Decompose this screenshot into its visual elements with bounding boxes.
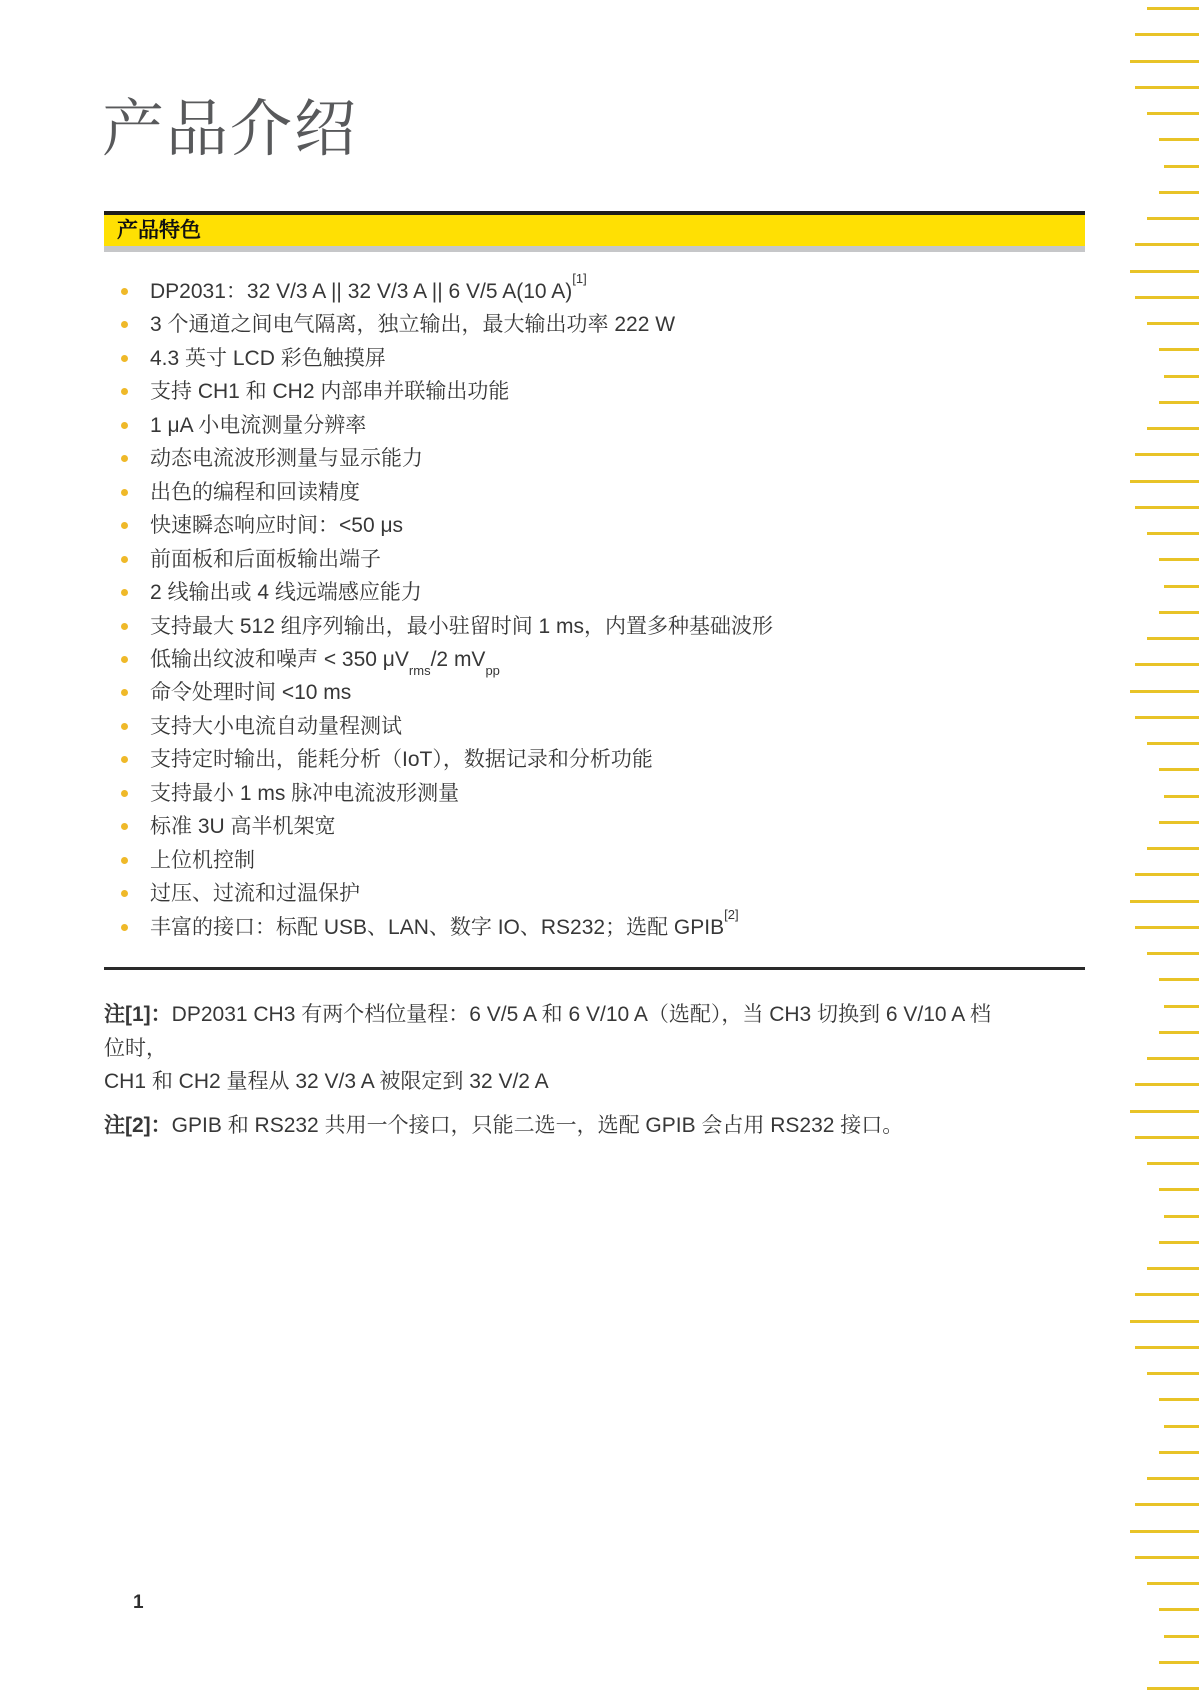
- feature-text-segment: 支持最小 1 ms 脉冲电流波形测量: [150, 782, 459, 805]
- feature-text: 前面板和后面板输出端子: [150, 548, 381, 571]
- feature-text-segment: 2 线输出或 4 线远端感应能力: [150, 581, 422, 604]
- decor-dash: [1135, 86, 1199, 89]
- decor-dash: [1159, 1661, 1199, 1664]
- decor-dash: [1159, 1608, 1199, 1611]
- bullet-icon: [121, 556, 128, 563]
- feature-text: 动态电流波形测量与显示能力: [150, 447, 423, 470]
- bullet-icon: [121, 656, 128, 663]
- bullet-icon: [121, 924, 128, 931]
- feature-text: 支持最大 512 组序列输出，最小驻留时间 1 ms，内置多种基础波形: [150, 615, 773, 638]
- feature-item: 2 线输出或 4 线远端感应能力: [104, 576, 1054, 609]
- decor-dash: [1147, 217, 1199, 220]
- decor-dash: [1135, 1503, 1199, 1506]
- decor-dash: [1159, 1398, 1199, 1401]
- decor-dash: [1164, 795, 1199, 798]
- feature-item: 快速瞬态响应时间：<50 μs: [104, 509, 1054, 542]
- decor-dash: [1130, 900, 1199, 903]
- feature-text: 支持最小 1 ms 脉冲电流波形测量: [150, 782, 459, 805]
- bullet-icon: [121, 355, 128, 362]
- feature-text-segment: 丰富的接口：标配 USB、LAN、数字 IO、RS232；选配 GPIB: [150, 916, 724, 939]
- decor-dash: [1164, 375, 1199, 378]
- note-label: 注[1]：: [104, 1003, 172, 1026]
- decor-dash: [1135, 1293, 1199, 1296]
- bullet-icon: [121, 723, 128, 730]
- decor-dash: [1159, 1241, 1199, 1244]
- decor-dash: [1147, 1162, 1199, 1165]
- note-text: DP2031 CH3 有两个档位量程：6 V/5 A 和 6 V/10 A（选配…: [104, 1003, 991, 1060]
- feature-text-segment: 1 μA 小电流测量分辨率: [150, 414, 366, 437]
- decor-dash: [1147, 1267, 1199, 1270]
- bullet-icon: [121, 857, 128, 864]
- feature-text: 3 个通道之间电气隔离，独立输出，最大输出功率 222 W: [150, 313, 675, 336]
- feature-item: 过压、过流和过温保护: [104, 877, 1054, 910]
- feature-item: 1 μA 小电流测量分辨率: [104, 409, 1054, 442]
- feature-text-segment: 4.3 英寸 LCD 彩色触摸屏: [150, 347, 386, 370]
- decor-dash: [1135, 296, 1199, 299]
- page-title: 产品介绍: [102, 96, 358, 164]
- feature-text-segment: 支持 CH1 和 CH2 内部串并联输出功能: [150, 380, 509, 403]
- feature-text-segment: /2 mV: [431, 648, 486, 671]
- decor-dash: [1135, 33, 1199, 36]
- decor-dash: [1147, 7, 1199, 10]
- feature-text-segment: 过压、过流和过温保护: [150, 882, 360, 905]
- bullet-icon: [121, 288, 128, 295]
- feature-item: 命令处理时间 <10 ms: [104, 676, 1054, 709]
- decor-dash: [1147, 1477, 1199, 1480]
- feature-text-segment: 3 个通道之间电气隔离，独立输出，最大输出功率 222 W: [150, 313, 675, 336]
- decor-dash: [1147, 1582, 1199, 1585]
- feature-item: 动态电流波形测量与显示能力: [104, 442, 1054, 475]
- decor-dash: [1130, 690, 1199, 693]
- feature-item: 3 个通道之间电气隔离，独立输出，最大输出功率 222 W: [104, 308, 1054, 341]
- feature-text-segment: 低输出纹波和噪声 < 350 μV: [150, 648, 409, 671]
- feature-item: 出色的编程和回读精度: [104, 476, 1054, 509]
- feature-text: 支持大小电流自动量程测试: [150, 715, 402, 738]
- decor-dash: [1164, 1425, 1199, 1428]
- feature-text-segment: [2]: [724, 907, 738, 922]
- decor-dash: [1164, 1005, 1199, 1008]
- feature-item: 支持最大 512 组序列输出，最小驻留时间 1 ms，内置多种基础波形: [104, 610, 1054, 643]
- bullet-icon: [121, 890, 128, 897]
- feature-text-segment: DP2031：32 V/3 A || 32 V/3 A || 6 V/5 A(1…: [150, 280, 572, 303]
- decor-dash: [1147, 112, 1199, 115]
- document-page: 产品介绍 产品特色 DP2031：32 V/3 A || 32 V/3 A ||…: [0, 0, 1199, 1696]
- decor-dash: [1135, 663, 1199, 666]
- decor-dash: [1164, 1215, 1199, 1218]
- decor-dash: [1130, 1530, 1199, 1533]
- feature-text: 2 线输出或 4 线远端感应能力: [150, 581, 422, 604]
- decor-dash: [1135, 243, 1199, 246]
- decor-dash: [1135, 1083, 1199, 1086]
- decor-dash: [1135, 716, 1199, 719]
- feature-item: 支持最小 1 ms 脉冲电流波形测量: [104, 777, 1054, 810]
- decor-dash: [1164, 585, 1199, 588]
- decor-dash: [1135, 506, 1199, 509]
- feature-item: 支持定时输出，能耗分析（IoT），数据记录和分析功能: [104, 743, 1054, 776]
- bullet-icon: [121, 321, 128, 328]
- decor-dash: [1147, 322, 1199, 325]
- feature-text-segment: 出色的编程和回读精度: [150, 481, 360, 504]
- feature-text-segment: [1]: [572, 271, 586, 286]
- feature-item: 4.3 英寸 LCD 彩色触摸屏: [104, 342, 1054, 375]
- decor-dash: [1130, 60, 1199, 63]
- decor-dash: [1164, 165, 1199, 168]
- bullet-icon: [121, 388, 128, 395]
- feature-item: 丰富的接口：标配 USB、LAN、数字 IO、RS232；选配 GPIB[2]: [104, 911, 1054, 944]
- feature-text-segment: 标准 3U 高半机架宽: [150, 815, 336, 838]
- decor-dash: [1159, 348, 1199, 351]
- decor-dash: [1147, 952, 1199, 955]
- feature-item: 支持 CH1 和 CH2 内部串并联输出功能: [104, 375, 1054, 408]
- feature-text: DP2031：32 V/3 A || 32 V/3 A || 6 V/5 A(1…: [150, 280, 587, 303]
- decor-dash: [1135, 873, 1199, 876]
- feature-item: 标准 3U 高半机架宽: [104, 810, 1054, 843]
- decor-dash: [1159, 401, 1199, 404]
- decor-dash: [1135, 1136, 1199, 1139]
- notes-section: 注[1]：DP2031 CH3 有两个档位量程：6 V/5 A 和 6 V/10…: [104, 998, 994, 1152]
- feature-item: 低输出纹波和噪声 < 350 μVrms/2 mVpp: [104, 643, 1054, 676]
- decor-dash: [1130, 480, 1199, 483]
- decor-dash: [1147, 1372, 1199, 1375]
- divider-rule: [104, 967, 1085, 970]
- note-label: 注[2]：: [104, 1114, 172, 1137]
- page-number: 1: [133, 1592, 144, 1614]
- feature-text-segment: 支持大小电流自动量程测试: [150, 715, 402, 738]
- feature-list: DP2031：32 V/3 A || 32 V/3 A || 6 V/5 A(1…: [104, 275, 1054, 944]
- section-header-label: 产品特色: [104, 215, 1085, 246]
- decor-dash: [1130, 1110, 1199, 1113]
- decor-dash: [1159, 1451, 1199, 1454]
- feature-text-segment: 前面板和后面板输出端子: [150, 548, 381, 571]
- bullet-icon: [121, 689, 128, 696]
- note-text: GPIB 和 RS232 共用一个接口，只能二选一，选配 GPIB 会占用 RS…: [172, 1114, 904, 1137]
- bullet-icon: [121, 823, 128, 830]
- decor-dash: [1147, 742, 1199, 745]
- feature-text-segment: 命令处理时间 <10 ms: [150, 681, 351, 704]
- decor-dash: [1130, 1320, 1199, 1323]
- feature-text-segment: 动态电流波形测量与显示能力: [150, 447, 423, 470]
- feature-text: 支持定时输出，能耗分析（IoT），数据记录和分析功能: [150, 748, 653, 771]
- decor-dash: [1135, 1346, 1199, 1349]
- feature-text: 丰富的接口：标配 USB、LAN、数字 IO、RS232；选配 GPIB[2]: [150, 916, 739, 939]
- feature-text: 上位机控制: [150, 849, 255, 872]
- feature-item: 上位机控制: [104, 844, 1054, 877]
- feature-item: 前面板和后面板输出端子: [104, 543, 1054, 576]
- bullet-icon: [121, 623, 128, 630]
- feature-text: 1 μA 小电流测量分辨率: [150, 414, 366, 437]
- feature-text: 低输出纹波和噪声 < 350 μVrms/2 mVpp: [150, 648, 500, 671]
- decor-dash: [1159, 138, 1199, 141]
- decor-dash: [1159, 611, 1199, 614]
- bullet-icon: [121, 422, 128, 429]
- feature-text: 快速瞬态响应时间：<50 μs: [150, 514, 403, 537]
- bullet-icon: [121, 489, 128, 496]
- decor-dash: [1159, 978, 1199, 981]
- decor-dash: [1159, 1188, 1199, 1191]
- decor-dash: [1135, 926, 1199, 929]
- bullet-icon: [121, 790, 128, 797]
- decor-dash: [1135, 1556, 1199, 1559]
- note-paragraph: 注[1]：DP2031 CH3 有两个档位量程：6 V/5 A 和 6 V/10…: [104, 998, 994, 1099]
- decor-dash: [1147, 1057, 1199, 1060]
- feature-text-segment: 支持定时输出，能耗分析（IoT），数据记录和分析功能: [150, 748, 653, 771]
- feature-text-segment: 快速瞬态响应时间：<50 μs: [150, 514, 403, 537]
- bullet-icon: [121, 756, 128, 763]
- decor-dash: [1159, 821, 1199, 824]
- decor-dash: [1147, 637, 1199, 640]
- decor-dash: [1164, 1635, 1199, 1638]
- decor-dash: [1147, 1687, 1199, 1690]
- bullet-icon: [121, 522, 128, 529]
- feature-text-segment: 支持最大 512 组序列输出，最小驻留时间 1 ms，内置多种基础波形: [150, 615, 773, 638]
- note-text: CH1 和 CH2 量程从 32 V/3 A 被限定到 32 V/2 A: [104, 1070, 549, 1093]
- section-header-bar: 产品特色: [104, 211, 1085, 252]
- bullet-icon: [121, 589, 128, 596]
- feature-text: 标准 3U 高半机架宽: [150, 815, 336, 838]
- decor-dash: [1159, 558, 1199, 561]
- feature-item: DP2031：32 V/3 A || 32 V/3 A || 6 V/5 A(1…: [104, 275, 1054, 308]
- feature-text: 命令处理时间 <10 ms: [150, 681, 351, 704]
- decor-dash: [1130, 270, 1199, 273]
- note-paragraph: 注[2]：GPIB 和 RS232 共用一个接口，只能二选一，选配 GPIB 会…: [104, 1109, 994, 1143]
- decor-dash: [1147, 847, 1199, 850]
- decor-dash: [1159, 191, 1199, 194]
- decor-dash: [1147, 427, 1199, 430]
- feature-text: 过压、过流和过温保护: [150, 882, 360, 905]
- feature-text: 支持 CH1 和 CH2 内部串并联输出功能: [150, 380, 509, 403]
- decor-dash: [1159, 1031, 1199, 1034]
- decor-dash: [1147, 532, 1199, 535]
- feature-text-segment: 上位机控制: [150, 849, 255, 872]
- feature-text: 出色的编程和回读精度: [150, 481, 360, 504]
- feature-text: 4.3 英寸 LCD 彩色触摸屏: [150, 347, 386, 370]
- bullet-icon: [121, 455, 128, 462]
- feature-item: 支持大小电流自动量程测试: [104, 710, 1054, 743]
- decor-dash: [1135, 453, 1199, 456]
- decor-dash: [1159, 768, 1199, 771]
